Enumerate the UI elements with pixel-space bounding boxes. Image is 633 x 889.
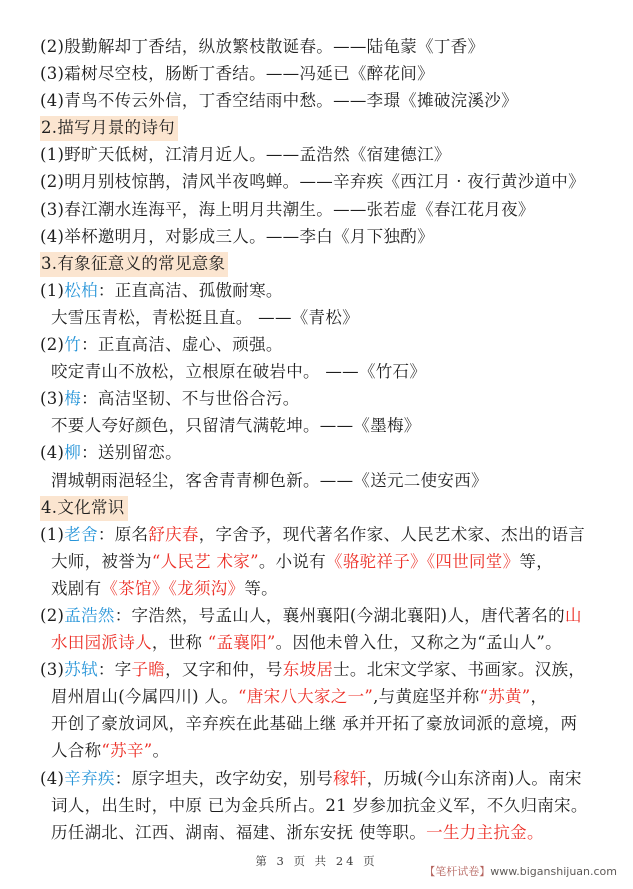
text-segment: ，历城(今山东济南)人。南宋	[367, 769, 582, 788]
highlighted-term: “孟襄阳”	[208, 633, 276, 652]
text-segment: ，字舍予，现代著名作家、人民艺术家、杰出的语言	[199, 525, 585, 544]
text-line: 戏剧有《茶馆》《龙须沟》等。	[40, 575, 609, 602]
text-segment: 大雪压青松，青松挺且直。 ——《青松》	[51, 308, 359, 327]
text-segment: (2)殷勤解却丁香结，纵放繁枝散诞春。——陆龟蒙《丁香》	[40, 37, 484, 56]
highlighted-term: 竹	[64, 335, 81, 354]
section-heading-row: 3.有象征意义的常见意象	[40, 250, 609, 277]
text-segment: 士。北宋文学家、书画家。汉族，	[333, 660, 585, 679]
section-heading: 4.文化常识	[40, 496, 128, 521]
section-heading-row: 2.描写月景的诗句	[40, 114, 609, 141]
section-heading: 2.描写月景的诗句	[40, 116, 178, 141]
text-line: (1)老舍：原名舒庆春，字舍予，现代著名作家、人民艺术家、杰出的语言	[40, 521, 609, 548]
text-segment: (4)青鸟不传云外信，丁香空结雨中愁。——李璟《摊破浣溪沙》	[40, 91, 518, 110]
text-segment: ：正直高洁、孤傲耐寒。	[98, 281, 283, 300]
highlighted-term: 东坡居	[283, 660, 333, 679]
text-segment: (3)	[40, 660, 64, 679]
text-line: 历任湖北、江西、湖南、福建、浙东安抚 使等职。一生力主抗金。	[40, 819, 609, 846]
text-segment: 。	[152, 741, 169, 760]
text-segment: (1)	[40, 525, 64, 544]
watermark-brand: 【笔杆试卷】	[424, 865, 490, 878]
text-segment: ：送别留恋。	[81, 443, 182, 462]
text-line: (2)明月别枝惊鹊，清风半夜鸣蝉。——辛弃疾《西江月 · 夜行黄沙道中》	[40, 168, 609, 195]
watermark: 【笔杆试卷】www.biganshijuan.com	[424, 863, 617, 879]
text-line: (3)霜树尽空枝，肠断丁香结。——冯延已《醉花间》	[40, 60, 609, 87]
text-segment: (2)明月别枝惊鹊，清风半夜鸣蝉。——辛弃疾《西江月 · 夜行黄沙道中》	[40, 172, 585, 191]
text-line: 不要人夸好颜色，只留清气满乾坤。——《墨梅》	[40, 412, 609, 439]
text-line: (2)竹：正直高洁、虚心、顽强。	[40, 331, 609, 358]
highlighted-term: 孟浩然	[64, 606, 114, 625]
text-segment: (2)	[40, 606, 64, 625]
highlighted-term: “人民艺 术家”	[152, 552, 259, 571]
text-line: (4)青鸟不传云外信，丁香空结雨中愁。——李璟《摊破浣溪沙》	[40, 87, 609, 114]
text-segment: ：字浩然，号孟山人，襄州襄阳(今湖北襄阳)人，唐代著名的	[115, 606, 565, 625]
text-segment: 人合称	[51, 741, 101, 760]
text-line: 水田园派诗人，世称 “孟襄阳”。因他未曾入仕，又称之为“孟山人”。	[40, 629, 609, 656]
text-segment: (1)	[40, 281, 64, 300]
text-line: 咬定青山不放松，立根原在破岩中。 ——《竹石》	[40, 358, 609, 385]
highlighted-term: 梅	[64, 389, 81, 408]
text-segment: 戏剧有	[51, 579, 101, 598]
text-segment: ：原名	[98, 525, 148, 544]
text-segment: 词人，出生时，中原 已为金兵所占。21 岁参加抗金义军，不久归南宋。	[51, 796, 588, 815]
text-line: (1)松柏：正直高洁、孤傲耐寒。	[40, 277, 609, 304]
document-page: (2)殷勤解却丁香结，纵放繁枝散诞春。——陆龟蒙《丁香》(3)霜树尽空枝，肠断丁…	[0, 0, 633, 889]
text-line: (3)苏轼：字子瞻，又字和仲，号东坡居士。北宋文学家、书画家。汉族，	[40, 656, 609, 683]
text-line: 渭城朝雨浥轻尘，客舍青青柳色新。——《送元二使安西》	[40, 467, 609, 494]
text-segment: ：正直高洁、虚心、顽强。	[81, 335, 283, 354]
highlighted-term: 《茶馆》《龙须沟》	[101, 579, 244, 598]
section-heading: 3.有象征意义的常见意象	[40, 252, 228, 277]
text-line: 词人，出生时，中原 已为金兵所占。21 岁参加抗金义军，不久归南宋。	[40, 792, 609, 819]
highlighted-term: 水田园派诗人	[51, 633, 152, 652]
text-line: 人合称“苏辛”。	[40, 737, 609, 764]
text-segment: (4)	[40, 443, 64, 462]
highlighted-term: 《骆驼祥子》《四世同堂》	[326, 552, 519, 571]
highlighted-term: 柳	[64, 443, 81, 462]
text-segment: ：原字坦夫，改字幼安，别号	[115, 769, 333, 788]
text-segment: ，世称	[152, 633, 208, 652]
text-segment: 不要人夸好颜色，只留清气满乾坤。——《墨梅》	[51, 416, 421, 435]
text-line: (4)柳：送别留恋。	[40, 439, 609, 466]
text-segment: ：字	[98, 660, 132, 679]
text-line: 眉州眉山(今属四川) 人。“唐宋八大家之一”,与黄庭坚并称“苏黄”，	[40, 683, 609, 710]
text-line: (4)举杯邀明月，对影成三人。——李白《月下独酌》	[40, 223, 609, 250]
text-line: 大雪压青松，青松挺且直。 ——《青松》	[40, 304, 609, 331]
highlighted-term: “唐宋八大家之一”	[238, 687, 373, 706]
text-line: (2)孟浩然：字浩然，号孟山人，襄州襄阳(今湖北襄阳)人，唐代著名的山	[40, 602, 609, 629]
highlighted-term: 松柏	[64, 281, 98, 300]
text-segment: (2)	[40, 335, 64, 354]
text-segment: 历任湖北、江西、湖南、福建、浙东安抚 使等职。	[51, 823, 426, 842]
text-segment: (3)春江潮水连海平，海上明月共潮生。——张若虚《春江花月夜》	[40, 200, 535, 219]
text-segment: (1)野旷天低树，江清月近人。——孟浩然《宿建德江》	[40, 145, 451, 164]
text-segment: (4)举杯邀明月，对影成三人。——李白《月下独酌》	[40, 227, 434, 246]
section-heading-row: 4.文化常识	[40, 494, 609, 521]
text-segment: 。因他未曾入仕，又称之为“孟山人”。	[276, 633, 562, 652]
text-segment: ：高洁坚韧、不与世俗合污。	[81, 389, 299, 408]
highlighted-term: 一生力主抗金。	[426, 823, 544, 842]
text-line: (2)殷勤解却丁香结，纵放繁枝散诞春。——陆龟蒙《丁香》	[40, 33, 609, 60]
text-line: (1)野旷天低树，江清月近人。——孟浩然《宿建德江》	[40, 141, 609, 168]
watermark-url: www.biganshijuan.com	[490, 865, 617, 878]
text-segment: 等。	[244, 579, 278, 598]
text-line: 大师，被誉为“人民艺 术家”。小说有《骆驼祥子》《四世同堂》等，	[40, 548, 609, 575]
highlighted-term: 山	[565, 606, 582, 625]
highlighted-term: 辛弃疾	[64, 769, 114, 788]
text-segment: 渭城朝雨浥轻尘，客舍青青柳色新。——《送元二使安西》	[51, 471, 488, 490]
text-segment: (4)	[40, 769, 64, 788]
text-segment: ,与黄庭坚并称	[373, 687, 479, 706]
text-segment: (3)	[40, 389, 64, 408]
text-segment: 大师，被誉为	[51, 552, 152, 571]
text-segment: 开创了豪放词风，辛弃疾在此基础上继 承并开拓了豪放词派的意境，两	[51, 714, 577, 733]
highlighted-term: 苏轼	[64, 660, 98, 679]
text-segment: (3)霜树尽空枝，肠断丁香结。——冯延已《醉花间》	[40, 64, 434, 83]
text-segment: ，	[531, 687, 548, 706]
highlighted-term: “苏辛”	[101, 741, 152, 760]
text-line: 开创了豪放词风，辛弃疾在此基础上继 承并开拓了豪放词派的意境，两	[40, 710, 609, 737]
highlighted-term: “苏黄”	[479, 687, 530, 706]
text-segment: 咬定青山不放松，立根原在破岩中。 ——《竹石》	[51, 362, 426, 381]
text-segment: ，又字和仲，号	[165, 660, 283, 679]
text-line: (3)梅：高洁坚韧、不与世俗合污。	[40, 385, 609, 412]
text-line: (4)辛弃疾：原字坦夫，改字幼安，别号稼轩，历城(今山东济南)人。南宋	[40, 765, 609, 792]
highlighted-term: 稼轩	[333, 769, 367, 788]
text-segment: 等，	[519, 552, 553, 571]
document-body: (2)殷勤解却丁香结，纵放繁枝散诞春。——陆龟蒙《丁香》(3)霜树尽空枝，肠断丁…	[40, 33, 609, 846]
highlighted-term: 子瞻	[132, 660, 166, 679]
text-line: (3)春江潮水连海平，海上明月共潮生。——张若虚《春江花月夜》	[40, 196, 609, 223]
text-segment: 眉州眉山(今属四川) 人。	[51, 687, 238, 706]
text-segment: 。小说有	[259, 552, 326, 571]
highlighted-term: 老舍	[64, 525, 98, 544]
highlighted-term: 舒庆春	[148, 525, 198, 544]
